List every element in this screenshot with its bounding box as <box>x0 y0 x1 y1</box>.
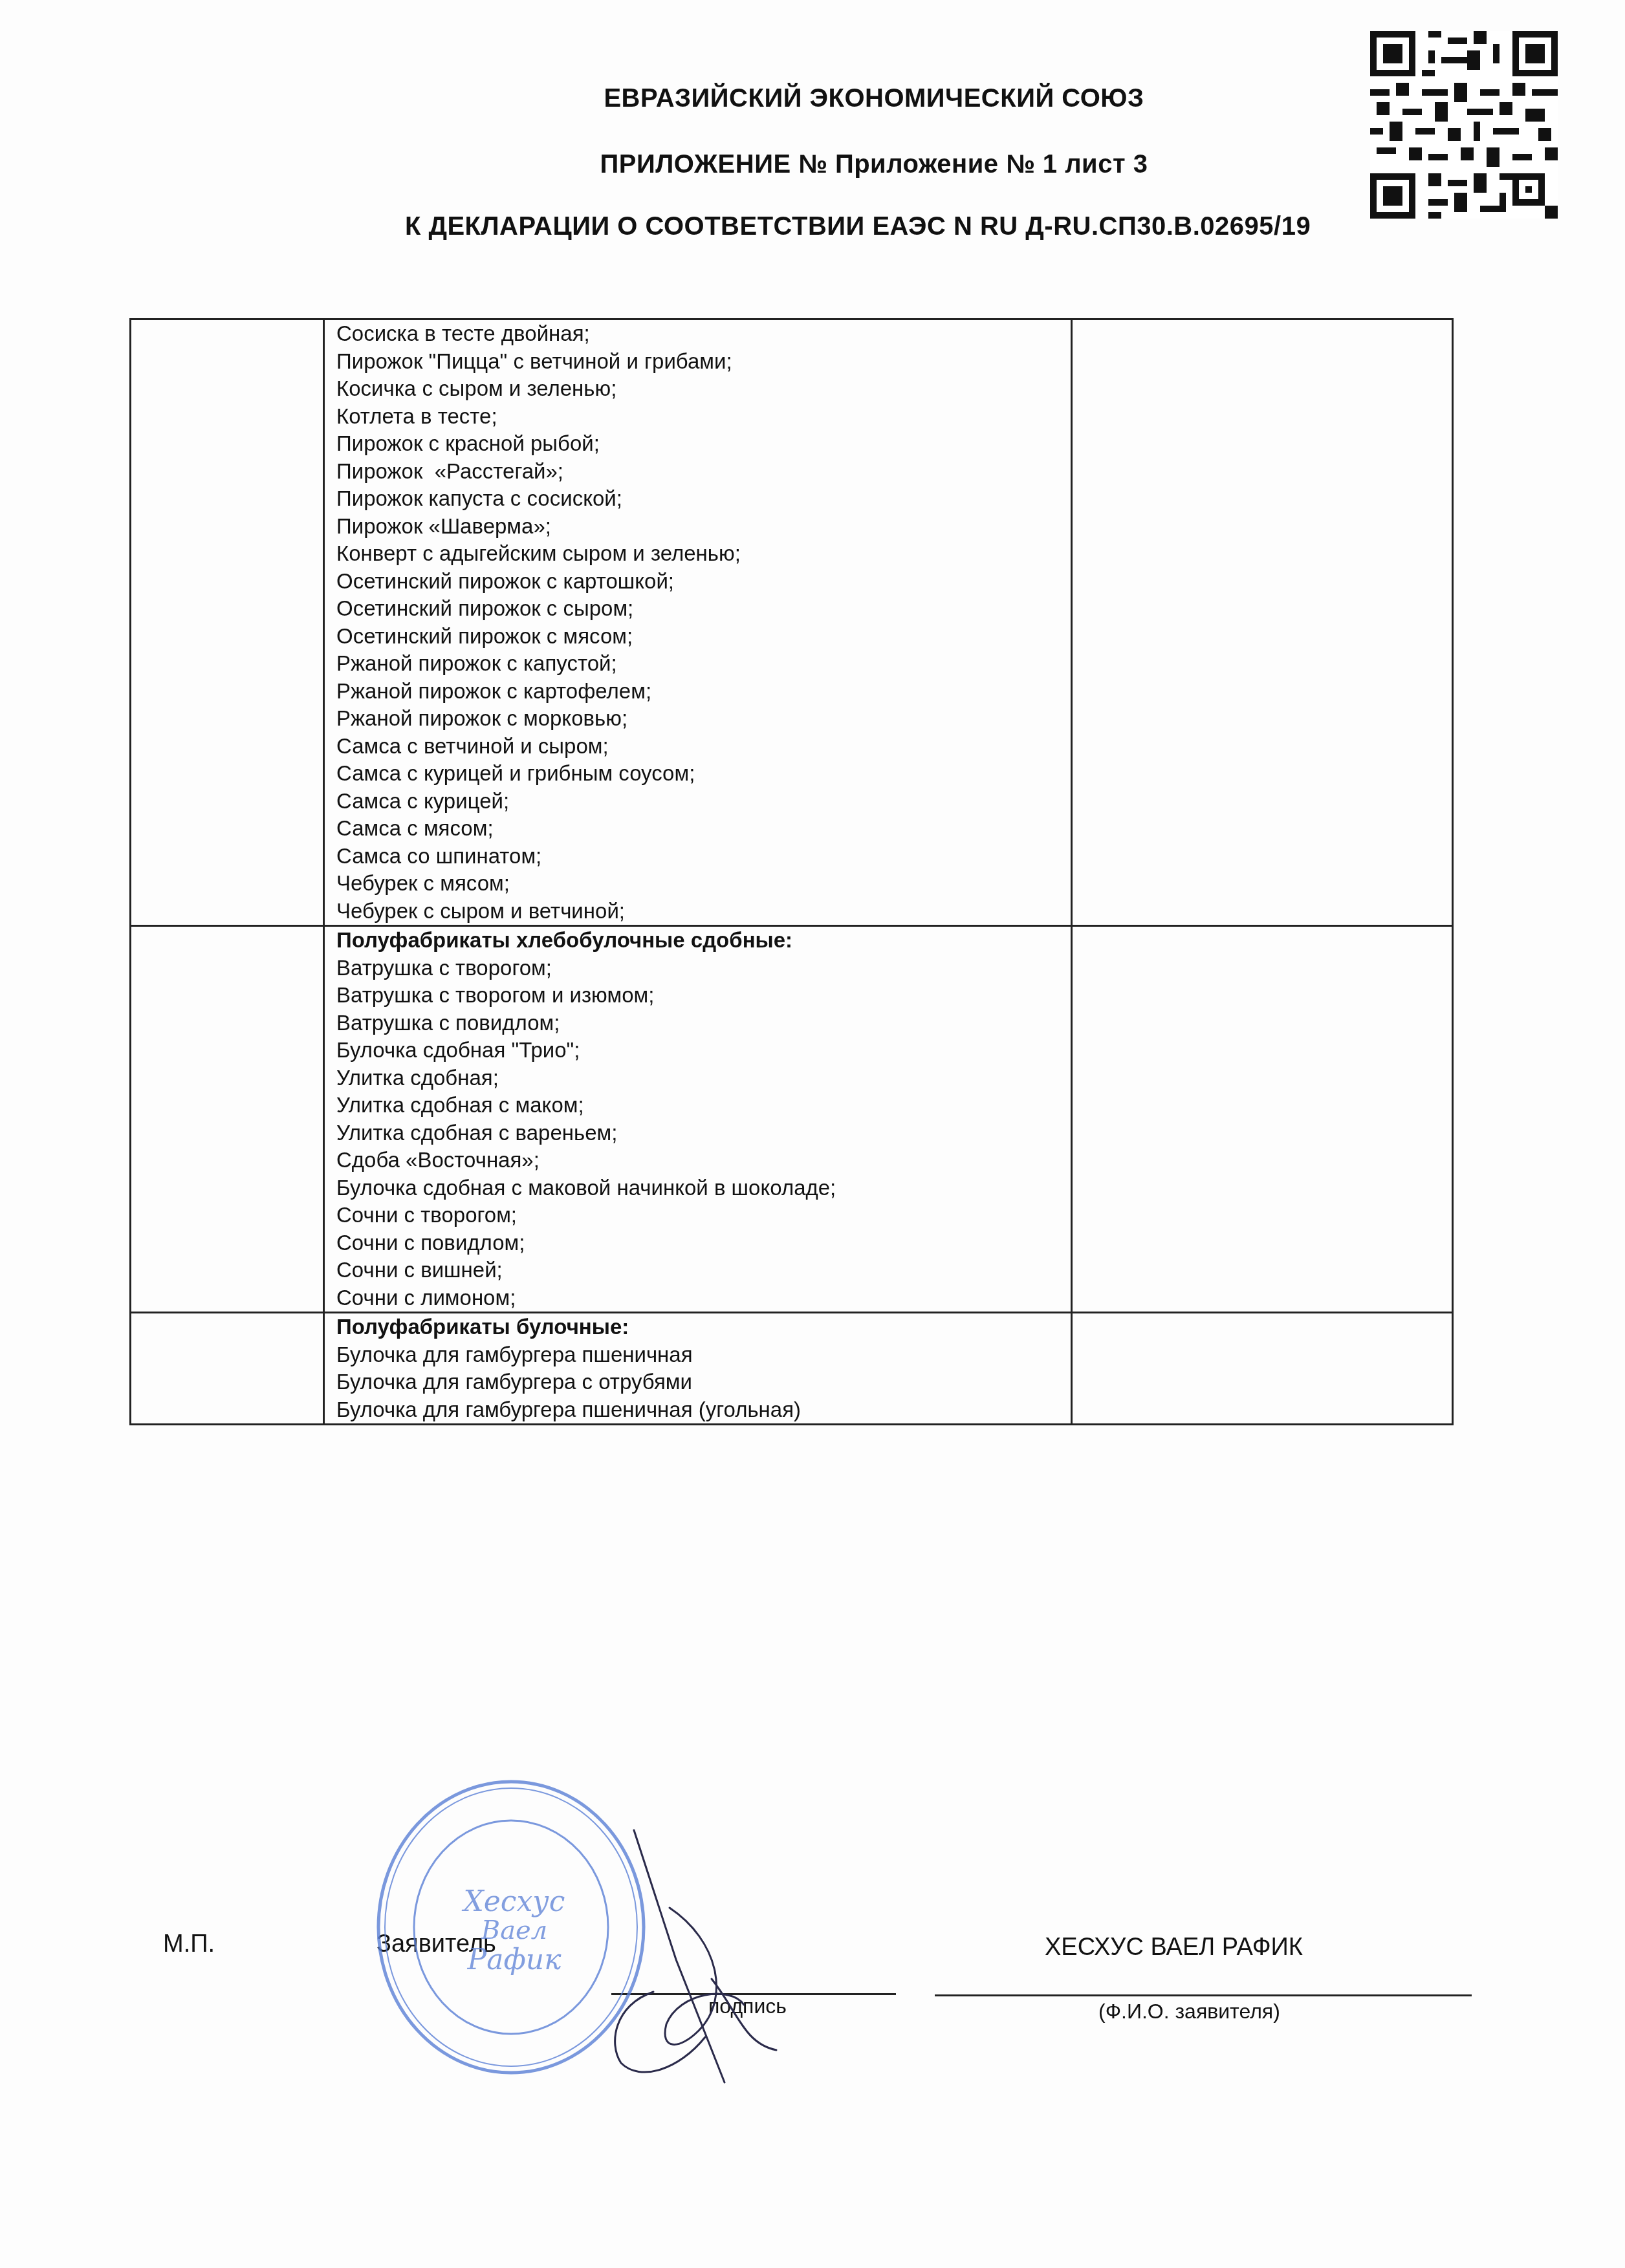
product-list-cell: Сосиска в тесте двойная;Пирожок "Пицца" … <box>324 319 1072 926</box>
product-item: Конверт с адыгейским сыром и зеленью; <box>336 540 1071 568</box>
product-item: Улитка сдобная; <box>336 1064 1071 1092</box>
stamp-line-2: Ваел <box>481 1916 547 1945</box>
product-item: Ватрушка с творогом; <box>336 955 1071 982</box>
table-row: Полуфабрикаты хлебобулочные сдобные:Ватр… <box>131 926 1453 1313</box>
product-item: Ржаной пирожок с картофелем; <box>336 678 1071 706</box>
product-item: Сочни с вишней; <box>336 1257 1071 1284</box>
notes-cell <box>1072 319 1453 926</box>
product-item: Ватрушка с повидлом; <box>336 1010 1071 1037</box>
applicant-name: ХЕСХУС ВАЕЛ РАФИК <box>1045 1934 1303 1961</box>
product-item: Ржаной пирожок с морковью; <box>336 705 1071 733</box>
table-row: Сосиска в тесте двойная;Пирожок "Пицца" … <box>131 319 1453 926</box>
product-item: Пирожок с красной рыбой; <box>336 430 1071 458</box>
row-number-cell <box>131 926 324 1313</box>
handwritten-signature <box>582 1811 854 2102</box>
mp-label: М.П. <box>163 1930 215 1958</box>
product-item: Чебурек с мясом; <box>336 870 1071 898</box>
product-item: Сочни с лимоном; <box>336 1284 1071 1312</box>
qr-code-icon <box>1370 31 1558 219</box>
product-item: Осетинский пирожок с сыром; <box>336 595 1071 623</box>
product-item: Сдоба «Восточная»; <box>336 1147 1071 1174</box>
product-item: Осетинский пирожок с мясом; <box>336 623 1071 651</box>
product-item: Самса с курицей и грибным соусом; <box>336 760 1071 788</box>
name-caption: (Ф.И.О. заявителя) <box>1098 2000 1280 2024</box>
stamp-line-1: Хесхус <box>462 1885 565 1918</box>
product-item: Булочка для гамбургера пшеничная <box>336 1341 1071 1369</box>
name-line <box>935 1994 1472 1996</box>
notes-cell <box>1072 926 1453 1313</box>
product-item: Сочни с повидлом; <box>336 1229 1071 1257</box>
product-item: Булочка для гамбургера пшеничная (угольн… <box>336 1396 1071 1424</box>
product-item: Ржаной пирожок с капустой; <box>336 650 1071 678</box>
product-item: Котлета в тесте; <box>336 403 1071 431</box>
product-item: Пирожок «Шаверма»; <box>336 513 1071 541</box>
product-item: Самса с мясом; <box>336 815 1071 843</box>
product-item: Чебурек с сыром и ветчиной; <box>336 898 1071 925</box>
product-item: Осетинский пирожок с картошкой; <box>336 568 1071 596</box>
product-item: Булочка сдобная "Трио"; <box>336 1037 1071 1064</box>
product-item: Улитка сдобная с маком; <box>336 1092 1071 1119</box>
product-item: Косичка с сыром и зеленью; <box>336 375 1071 403</box>
product-item: Самса со шпинатом; <box>336 843 1071 870</box>
product-list-cell: Полуфабрикаты хлебобулочные сдобные:Ватр… <box>324 926 1072 1313</box>
section-heading: Полуфабрикаты хлебобулочные сдобные: <box>336 927 1071 955</box>
product-item: Сочни с творогом; <box>336 1202 1071 1229</box>
notes-cell <box>1072 1313 1453 1425</box>
product-table: Сосиска в тесте двойная;Пирожок "Пицца" … <box>129 318 1454 1425</box>
product-item: Улитка сдобная с вареньем; <box>336 1119 1071 1147</box>
section-heading: Полуфабрикаты булочные: <box>336 1313 1071 1341</box>
product-item: Булочка сдобная с маковой начинкой в шок… <box>336 1174 1071 1202</box>
product-item: Сосиска в тесте двойная; <box>336 320 1071 348</box>
product-item: Пирожок капуста с сосиской; <box>336 485 1071 513</box>
row-number-cell <box>131 1313 324 1425</box>
product-item: Булочка для гамбургера с отрубями <box>336 1368 1071 1396</box>
stamp-line-3: Рафик <box>467 1943 562 1976</box>
product-item: Пирожок «Расстегай»; <box>336 458 1071 486</box>
row-number-cell <box>131 319 324 926</box>
product-list-cell: Полуфабрикаты булочные:Булочка для гамбу… <box>324 1313 1072 1425</box>
product-item: Ватрушка с творогом и изюмом; <box>336 982 1071 1010</box>
product-item: Пирожок "Пицца" с ветчиной и грибами; <box>336 348 1071 376</box>
table-row: Полуфабрикаты булочные:Булочка для гамбу… <box>131 1313 1453 1425</box>
product-item: Самса с курицей; <box>336 788 1071 815</box>
product-item: Самса с ветчиной и сыром; <box>336 733 1071 761</box>
